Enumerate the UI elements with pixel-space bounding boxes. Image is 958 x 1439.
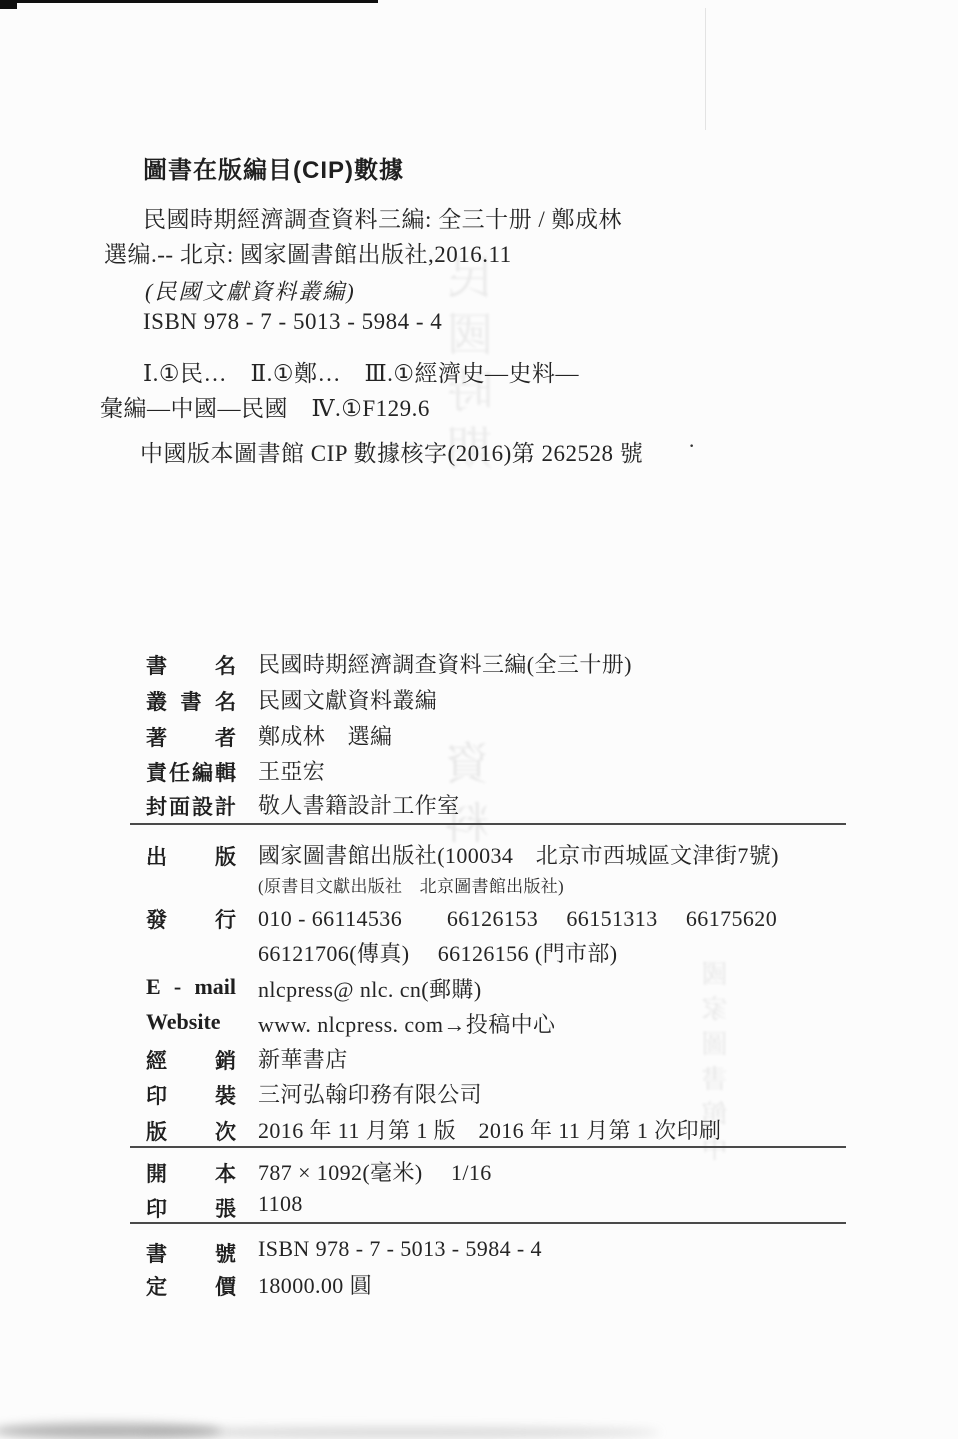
row-label-isbn: 書號 (146, 1238, 236, 1268)
scan-speck: · (688, 433, 695, 459)
cip-heading: 圖書在版編目(CIP)數據 (143, 150, 404, 185)
cip-classification-line2: 彙編—中國—民國 Ⅳ.①F129.6 (100, 390, 430, 423)
cip-title-statement: 民國時期經濟調查資料三編: 全三十册 / 鄭成林 (143, 201, 622, 234)
row-label-sales: 經銷 (146, 1045, 236, 1075)
scan-smudge (140, 1427, 660, 1438)
cip-publication-statement: 選编.-- 北京: 國家圖書館出版社,2016.11 (104, 236, 512, 269)
row-value-author: 鄭成林 選編 (258, 720, 392, 751)
row-value-isbn: ISBN 978 - 7 - 5013 - 5984 - 4 (258, 1236, 542, 1262)
row-value-email: nlcpress@ nlc. cn(郵購) (258, 973, 482, 1004)
row-value-editor: 王亞宏 (258, 755, 325, 786)
row-value-website: www. nlcpress. com→投稿中心 (258, 1008, 555, 1039)
scan-edge-strip (0, 0, 378, 3)
row-label-distribution: 發行 (146, 904, 236, 934)
cip-isbn: ISBN 978 - 7 - 5013 - 5984 - 4 (143, 309, 442, 335)
row-note-former-publishers: (原書目文獻出版社 北京圖書館出版社) (258, 872, 564, 897)
divider-rule (130, 1222, 846, 1224)
divider-rule (130, 1146, 846, 1148)
row-label-edition: 版次 (146, 1116, 236, 1146)
row-label-author: 著者 (146, 722, 236, 752)
row-label-printing: 印裝 (146, 1080, 236, 1110)
row-value-series-title: 民國文獻資料叢編 (258, 684, 437, 715)
row-value-book-title: 民國時期經濟調查資料三編(全三十册) (258, 648, 632, 679)
row-label-price: 定價 (146, 1271, 236, 1301)
row-value-edition: 2016 年 11 月第 1 版 2016 年 11 月第 1 次印刷 (258, 1114, 721, 1145)
row-value-printing: 三河弘翰印務有限公司 (258, 1078, 482, 1109)
row-value-sales: 新華書店 (258, 1043, 348, 1074)
row-value-publisher: 國家圖書館出版社(100034 北京市西城區文津街7號) (258, 839, 779, 870)
row-value-format: 787 × 1092(毫米) 1/16 (258, 1156, 492, 1187)
cip-classification-line1: Ⅰ.①民… Ⅱ.①鄭… Ⅲ.①經濟史—史料— (143, 355, 579, 388)
row-label-sheets: 印張 (146, 1193, 236, 1223)
scan-fold-line (705, 8, 706, 130)
row-value-price: 18000.00 圓 (258, 1269, 372, 1300)
row-label-series-title: 叢書名 (146, 686, 236, 716)
row-label-book-title: 書名 (146, 650, 236, 680)
row-label-editor: 責任編輯 (146, 757, 236, 787)
book-copyright-page: 民國時期 資料 國家圖書館中 圖書在版編目(CIP)數據 民國時期經濟調查資料三… (0, 0, 958, 1439)
row-value-cover-design: 敬人書籍設計工作室 (258, 789, 460, 820)
divider-rule (130, 823, 846, 825)
row-label-website: Website (146, 1009, 236, 1035)
row-value-distribution-phones2: 66121706(傳真) 66126156 (門市部) (258, 937, 618, 968)
cip-record-number: 中國版本圖書館 CIP 數據核字(2016)第 262528 號 (140, 435, 643, 468)
row-value-distribution-phones: 010 - 66114536 66126153 66151313 6617562… (258, 902, 777, 933)
scan-corner-mark (0, 0, 17, 9)
row-label-email: E - mail (146, 974, 236, 1000)
row-value-sheets: 1108 (258, 1191, 303, 1217)
row-label-format: 開本 (146, 1158, 236, 1188)
row-label-cover-design: 封面設計 (146, 791, 236, 821)
row-label-publisher: 出版 (146, 841, 236, 871)
cip-series-statement: (民國文獻資料叢編) (145, 275, 356, 306)
